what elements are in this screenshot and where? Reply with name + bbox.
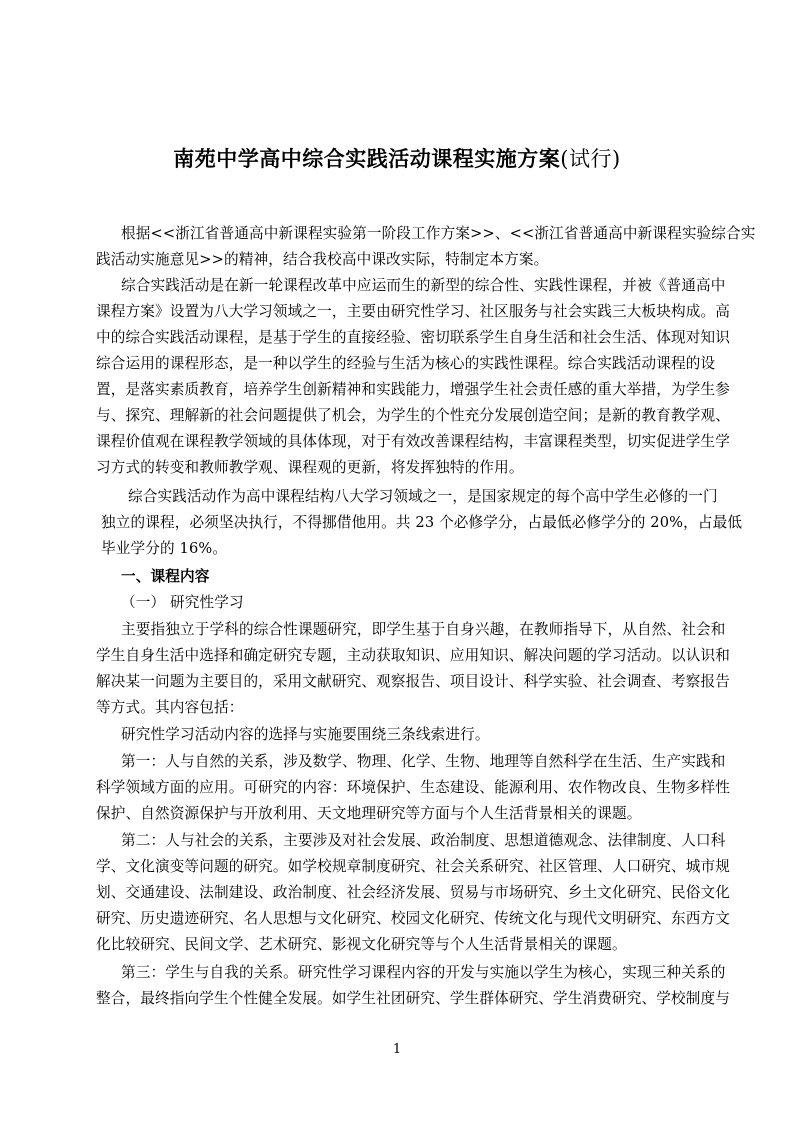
paragraph-line: 解决某一问题为主要目的，采用文献研究、观察报告、项目设计、科学实验、社会调查、考… bbox=[96, 672, 700, 692]
paragraph-line: 践活动实施意见>>的精神，结合我校高中课改实际，特制定本方案。 bbox=[96, 250, 700, 270]
section-heading: 一、课程内容 bbox=[121, 567, 725, 587]
paragraph-line: 保护、自然资源保护与开放利用、天文地理研究等方面与个人生活背景相关的课题。 bbox=[96, 804, 700, 824]
paragraph-line: 习方式的转变和教师教学观、课程观的更新，将发挥独特的作用。 bbox=[96, 458, 700, 478]
paragraph-line: 综合实践活动作为高中课程结构八大学习领域之一，是国家规定的每个高中学生必修的一门 bbox=[128, 487, 732, 507]
paragraph-line: 第三：学生与自我的关系。研究性学习课程内容的开发与实施以学生为核心，实现三种关系… bbox=[121, 963, 725, 983]
paragraph-line: 学生自身生活中选择和确定研究专题，主动获取知识、应用知识、解决问题的学习活动。以… bbox=[96, 646, 700, 666]
paragraph-line: （一） 研究性学习 bbox=[121, 593, 725, 613]
paragraph-line: 课程价值观在课程教学领域的具体体现，对于有效改善课程结构，丰富课程类型，切实促进… bbox=[96, 432, 700, 452]
paragraph-line: 第二：人与社会的关系，主要涉及对社会发展、政治制度、思想道德观念、法律制度、人口… bbox=[121, 831, 725, 851]
paragraph-line: 课程方案》设置为八大学习领域之一，主要由研究性学习、社区服务与社会实践三大板块构… bbox=[96, 302, 700, 322]
title-main: 南苑中学高中综合实践活动课程实施方案 bbox=[173, 146, 560, 171]
paragraph-line: 划、交通建设、法制建设、政治制度、社会经济发展、贸易与市场研究、乡土文化研究、民… bbox=[96, 883, 700, 903]
paragraph-line: 科学领域方面的应用。可研究的内容：环境保护、生态建设、能源利用、农作物改良、生物… bbox=[96, 778, 700, 798]
paragraph-line: 与、探究、理解新的社会问题提供了机会，为学生的个性充分发展创造空间；是新的教育教… bbox=[96, 406, 700, 426]
paragraph-line: 置，是落实素质教育，培养学生创新精神和实践能力，增强学生社会责任感的重大举措，为… bbox=[96, 380, 700, 400]
paragraph-line: 综合实践活动是在新一轮课程改革中应运而生的新型的综合性、实践性课程，并被《普通高… bbox=[121, 276, 725, 296]
page-number: 1 bbox=[0, 1042, 794, 1057]
paragraph-line: 毕业学分的 16%。 bbox=[101, 539, 705, 559]
paragraph-line: 中的综合实践活动课程，是基于学生的直接经验、密切联系学生自身生活和社会生活、体现… bbox=[96, 328, 700, 348]
paragraph-line: 等方式。其内容包括： bbox=[96, 698, 700, 718]
paragraph-line: 独立的课程，必须坚决执行，不得挪借他用。共 23 个必修学分，占最低必修学分的 … bbox=[101, 513, 705, 533]
paragraph-line: 整合，最终指向学生个性健全发展。如学生社团研究、学生群体研究、学生消费研究、学校… bbox=[96, 989, 700, 1009]
paragraph-line: 研究、历史遗迹研究、名人思想与文化研究、校园文化研究、传统文化与现代文明研究、东… bbox=[96, 909, 700, 929]
document-page: 南苑中学高中综合实践活动课程实施方案(试行) 根据<<浙江省普通高中新课程实验第… bbox=[0, 0, 794, 1123]
paragraph-line: 学、文化演变等问题的研究。如学校规章制度研究、社会关系研究、社区管理、人口研究、… bbox=[96, 857, 700, 877]
paragraph-line: 综合运用的课程形态，是一种以学生的经验与生活为核心的实践性课程。综合实践活动课程… bbox=[96, 354, 700, 374]
paragraph-line: 主要指独立于学科的综合性课题研究，即学生基于自身兴趣，在教师指导下，从自然、社会… bbox=[121, 620, 725, 640]
document-title: 南苑中学高中综合实践活动课程实施方案(试行) bbox=[0, 143, 794, 173]
paragraph-line: 化比较研究、民间文学、艺术研究、影视文化研究等与个人生活背景相关的课题。 bbox=[96, 935, 700, 955]
paragraph-line: 第一：人与自然的关系，涉及数学、物理、化学、生物、地理等自然科学在生活、生产实践… bbox=[121, 752, 725, 772]
paragraph-line: 根据<<浙江省普通高中新课程实验第一阶段工作方案>>、<<浙江省普通高中新课程实… bbox=[121, 224, 725, 244]
title-suffix: (试行) bbox=[560, 147, 620, 171]
paragraph-line: 研究性学习活动内容的选择与实施要围绕三条线索进行。 bbox=[121, 725, 725, 745]
